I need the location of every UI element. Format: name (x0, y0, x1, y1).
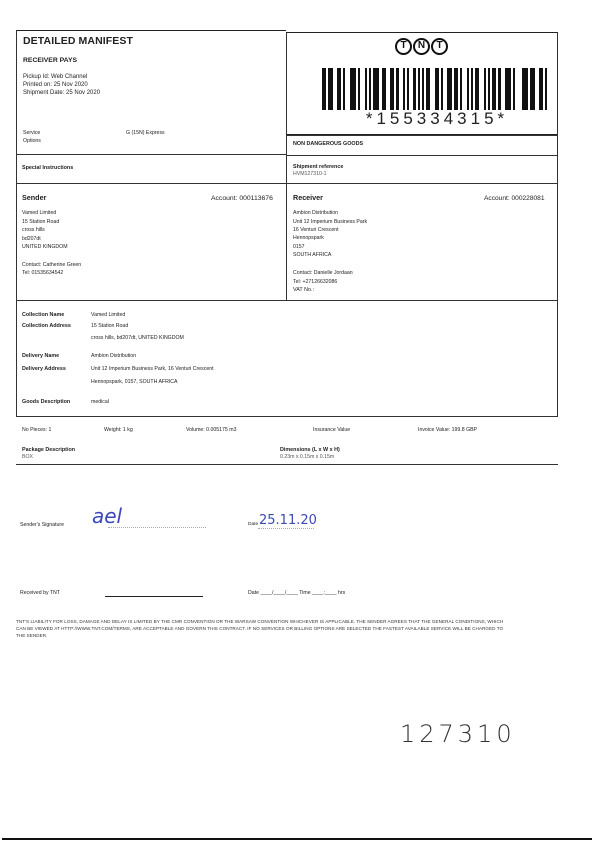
tnt-logo: T N T (395, 38, 448, 55)
dimensions-value: 0.23m x 0.15m x 0.15m (280, 453, 334, 461)
invoice-value: Invoice Value: 199.8 GBP (418, 426, 477, 434)
sender-address-line: bd207dt (22, 235, 41, 243)
detail-value: Unit 12 Imperium Business Park, 16 Ventu… (91, 365, 214, 373)
detail-value: medical (91, 398, 109, 406)
detail-value: Hennopspark, 0157, SOUTH AFRICA (91, 378, 178, 386)
pieces-count: No Pieces: 1 (22, 426, 51, 434)
weight: Weight: 1 kg (104, 426, 133, 434)
date-line (258, 528, 314, 529)
detail-label: Delivery Address (22, 365, 66, 373)
sender-heading: Sender (22, 193, 46, 202)
detail-value: 15 Station Road (91, 322, 128, 330)
dangerous-goods-status: NON DANGEROUS GOODS (293, 140, 363, 148)
divider (286, 155, 558, 156)
divider (16, 154, 286, 155)
legal-line: CAN BE VIEWED AT HTTP://WWW.TNT.COM/TERM… (16, 626, 561, 633)
shipment-reference-value: HVM127310-1 (293, 170, 326, 178)
divider (557, 32, 558, 417)
receiver-address-line: Hennopspark (293, 234, 324, 242)
detail-value: Ambion Distribution (91, 352, 136, 360)
sender-address-line: cross hills (22, 226, 45, 234)
divider (286, 135, 558, 136)
tnt-logo-letter: N (413, 38, 430, 55)
receiver-account: Account: 000228081 (484, 194, 545, 203)
detail-label: Goods Description (22, 398, 70, 406)
receiver-address-line: 0157 (293, 243, 305, 251)
received-date-time: Date ____/____/____ Time ____:____ hrs (248, 589, 345, 597)
insurance-value: Insurance Value (313, 426, 350, 434)
service-label: Service (23, 129, 40, 137)
detail-value: Vamed Limited (91, 311, 125, 319)
sender-signature: ael (92, 504, 122, 528)
sender-address-line: UNITED KINGDOM (22, 243, 68, 251)
options-label: Options (23, 137, 41, 145)
handwritten-reference-number: 127310 (400, 720, 516, 748)
sender-contact: Contact: Catherine Green (22, 261, 81, 269)
payment-terms: RECEIVER PAYS (23, 56, 77, 65)
receiver-tel: Tel: +27126632086 (293, 278, 337, 286)
volume: Volume: 0.005175 m3 (186, 426, 236, 434)
received-by-label: Received by TNT (20, 589, 60, 597)
tnt-logo-letter: T (431, 38, 448, 55)
receiver-vat: VAT No.: (293, 286, 314, 294)
divider (16, 300, 558, 301)
barcode-number: *155334315* (322, 109, 552, 129)
divider (16, 183, 558, 184)
detail-label: Collection Name (22, 311, 64, 319)
divider (16, 30, 17, 417)
service-value: G (15N) Express (126, 129, 165, 137)
page-title: DETAILED MANIFEST (23, 35, 133, 47)
receiver-address-line: SOUTH AFRICA (293, 251, 331, 259)
receiver-contact: Contact: Danielle Jordaan (293, 269, 353, 277)
receiver-heading: Receiver (293, 193, 323, 202)
shipment-date: Shipment Date: 25 Nov 2020 (23, 89, 100, 98)
sender-signature-label: Sender's Signature (20, 521, 64, 529)
receiver-address-line: Ambion Distribution (293, 209, 338, 217)
divider (286, 135, 287, 300)
divider (16, 416, 558, 417)
signature-line (108, 527, 206, 528)
receiver-address-line: Unit 12 Imperium Business Park (293, 218, 367, 226)
detail-value: cross hills, bd207dt, UNITED KINGDOM (91, 334, 184, 342)
sender-address-line: 15 Station Road (22, 218, 59, 226)
received-by-line[interactable] (105, 596, 203, 597)
signature-date: 25.11.20 (259, 513, 317, 528)
legal-line: TNT'S LIABILITY FOR LOSS, DAMAGE AND DEL… (16, 619, 561, 626)
detail-label: Delivery Name (22, 352, 59, 360)
divider (16, 464, 558, 465)
tnt-logo-letter: T (395, 38, 412, 55)
receiver-address-line: 16 Venturi Crescent (293, 226, 339, 234)
detail-label: Collection Address (22, 322, 71, 330)
consignment-barcode (322, 68, 552, 110)
sender-account: Account: 000113676 (211, 194, 273, 203)
page-bottom-edge (2, 838, 592, 840)
sender-tel: Tel: 01535634542 (22, 269, 63, 277)
signature-date-label: Date (248, 521, 258, 529)
sender-address-line: Vamed Limited (22, 209, 56, 217)
legal-line: THE SENDER. (16, 633, 561, 640)
special-instructions-label: Special Instructions (22, 164, 73, 172)
package-description-value: BOX (22, 453, 33, 461)
